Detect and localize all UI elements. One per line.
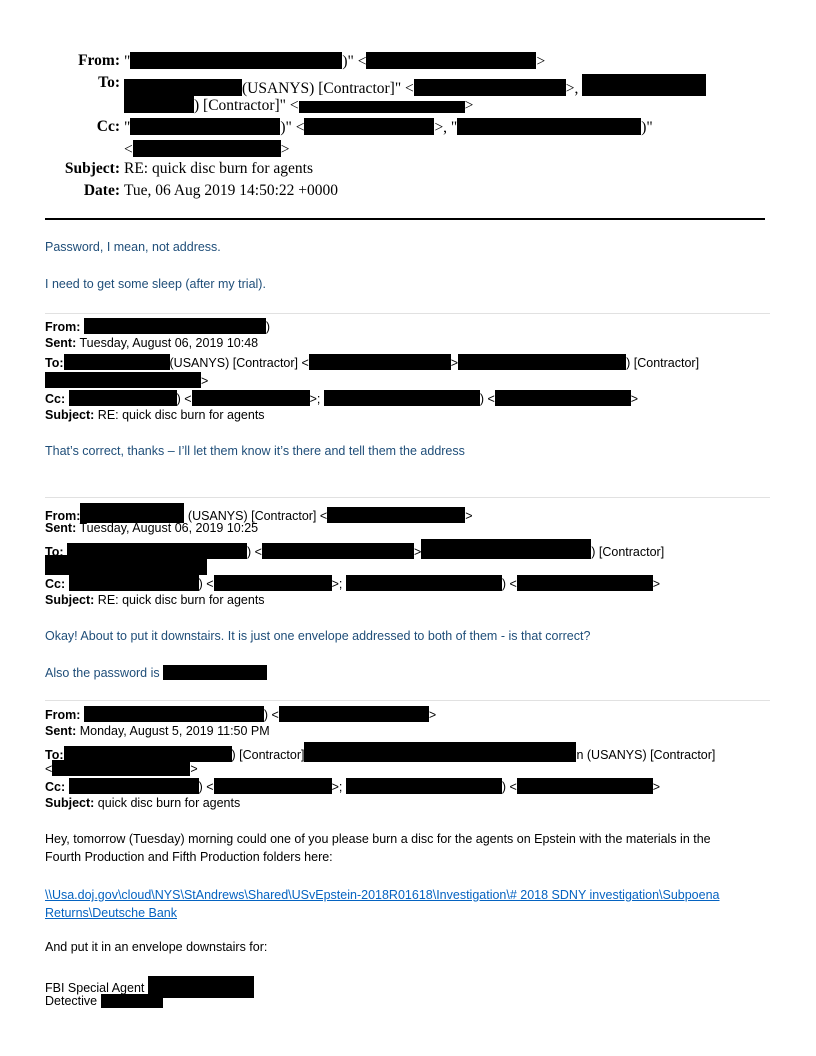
message-separator	[45, 497, 770, 498]
message-4-from: From: ) <>	[45, 706, 436, 722]
header-subject-label: Subject:	[0, 160, 120, 178]
message-2-from: From: )	[45, 318, 270, 334]
print-header: From: ")" <> To: (USANYS) [Contractor]" …	[0, 52, 816, 204]
message-3-body-1: Okay! About to put it downstairs. It is …	[45, 629, 590, 643]
redaction	[84, 706, 264, 722]
redaction	[304, 742, 576, 762]
message-4-sent: Sent: Monday, August 5, 2019 11:50 PM	[45, 724, 270, 738]
message-2-sent: Sent: Tuesday, August 06, 2019 10:48	[45, 336, 258, 350]
redaction	[69, 390, 177, 406]
redaction	[130, 118, 280, 135]
redaction	[262, 543, 414, 559]
redaction	[130, 52, 342, 69]
message-4-subject: Subject: quick disc burn for agents	[45, 796, 240, 810]
message-1-line-2: I need to get some sleep (after my trial…	[45, 277, 266, 291]
message-3-cc: Cc: ) <>; ) <>	[45, 575, 660, 591]
redaction	[192, 390, 310, 406]
message-2-to: To:(USANYS) [Contractor] <>) [Contractor…	[45, 354, 699, 370]
message-3-subject: Subject: RE: quick disc burn for agents	[45, 593, 265, 607]
redaction	[309, 354, 451, 370]
redaction	[346, 575, 502, 591]
redaction	[517, 778, 653, 794]
message-4-body-2: And put it in an envelope downstairs for…	[45, 940, 267, 954]
redaction	[45, 555, 207, 575]
redaction	[517, 575, 653, 591]
message-3-sent: Sent: Tuesday, August 06, 2019 10:25	[45, 521, 258, 535]
header-cc-label: Cc:	[0, 118, 120, 136]
redaction	[214, 575, 332, 591]
header-from-label: From:	[0, 52, 120, 70]
header-subject: RE: quick disc burn for agents	[124, 160, 313, 178]
redaction	[279, 706, 429, 722]
redaction	[124, 79, 242, 96]
redaction	[457, 118, 641, 135]
message-4-to: To:) [Contractor]n (USANYS) [Contractor]	[45, 742, 715, 762]
password-redaction	[163, 665, 267, 680]
redaction	[458, 354, 626, 370]
folder-path-link-cont[interactable]: Returns\Deutsche Bank	[45, 906, 177, 920]
message-2-subject: Subject: RE: quick disc burn for agents	[45, 408, 265, 422]
redaction	[52, 760, 190, 776]
redaction	[124, 96, 194, 113]
redaction	[148, 976, 254, 998]
redaction	[299, 101, 465, 113]
message-3-from: From: (USANYS) [Contractor] <>	[45, 503, 473, 523]
message-4-cc: Cc: ) <>; ) <>	[45, 778, 660, 794]
message-2-body: That’s correct, thanks – I’ll let them k…	[45, 444, 465, 458]
message-1-line-1: Password, I mean, not address.	[45, 240, 221, 254]
header-cc-row: Cc: ")" <>, ")"	[0, 118, 816, 140]
header-to-label: To:	[0, 74, 120, 92]
redaction	[582, 74, 706, 96]
header-to-row-2: ) [Contractor]" <>	[0, 96, 816, 118]
message-3-body-2: Also the password is	[45, 665, 267, 680]
redaction	[133, 140, 281, 157]
redaction	[45, 372, 201, 388]
message-2-to-cont: >	[45, 372, 208, 388]
header-date-row: Date: Tue, 06 Aug 2019 14:50:22 +0000	[0, 182, 816, 204]
redaction	[214, 778, 332, 794]
redaction	[346, 778, 502, 794]
header-divider	[45, 218, 765, 220]
message-2-cc: Cc: ) <>; ) <>	[45, 390, 638, 406]
recipient-detective: Detective	[45, 994, 163, 1008]
redaction	[69, 778, 199, 794]
message-separator	[45, 313, 770, 314]
redaction	[69, 575, 199, 591]
redaction	[101, 994, 163, 1008]
redaction	[304, 118, 434, 135]
redaction	[80, 503, 184, 523]
redaction	[366, 52, 536, 69]
message-4-to-cont: <>	[45, 760, 198, 776]
redaction	[327, 507, 465, 523]
redaction	[64, 354, 170, 370]
redaction	[84, 318, 266, 334]
redaction	[495, 390, 631, 406]
redaction	[324, 390, 480, 406]
message-3-to-cont	[45, 555, 207, 575]
message-separator	[45, 700, 770, 701]
header-from-row: From: ")" <>	[0, 52, 816, 74]
redaction	[414, 79, 566, 96]
header-to-row: To: (USANYS) [Contractor]" <>,	[0, 74, 816, 96]
header-cc-row-2: <>	[0, 140, 816, 160]
header-subject-row: Subject: RE: quick disc burn for agents	[0, 160, 816, 182]
message-4-body-1b: Fourth Production and Fifth Production f…	[45, 850, 333, 864]
folder-path-link[interactable]: \\Usa.doj.gov\cloud\NYS\StAndrews\Shared…	[45, 888, 720, 902]
header-date-label: Date:	[0, 182, 120, 200]
message-4-body-1a: Hey, tomorrow (Tuesday) morning could on…	[45, 832, 711, 846]
header-date: Tue, 06 Aug 2019 14:50:22 +0000	[124, 182, 338, 200]
redaction	[421, 539, 591, 559]
